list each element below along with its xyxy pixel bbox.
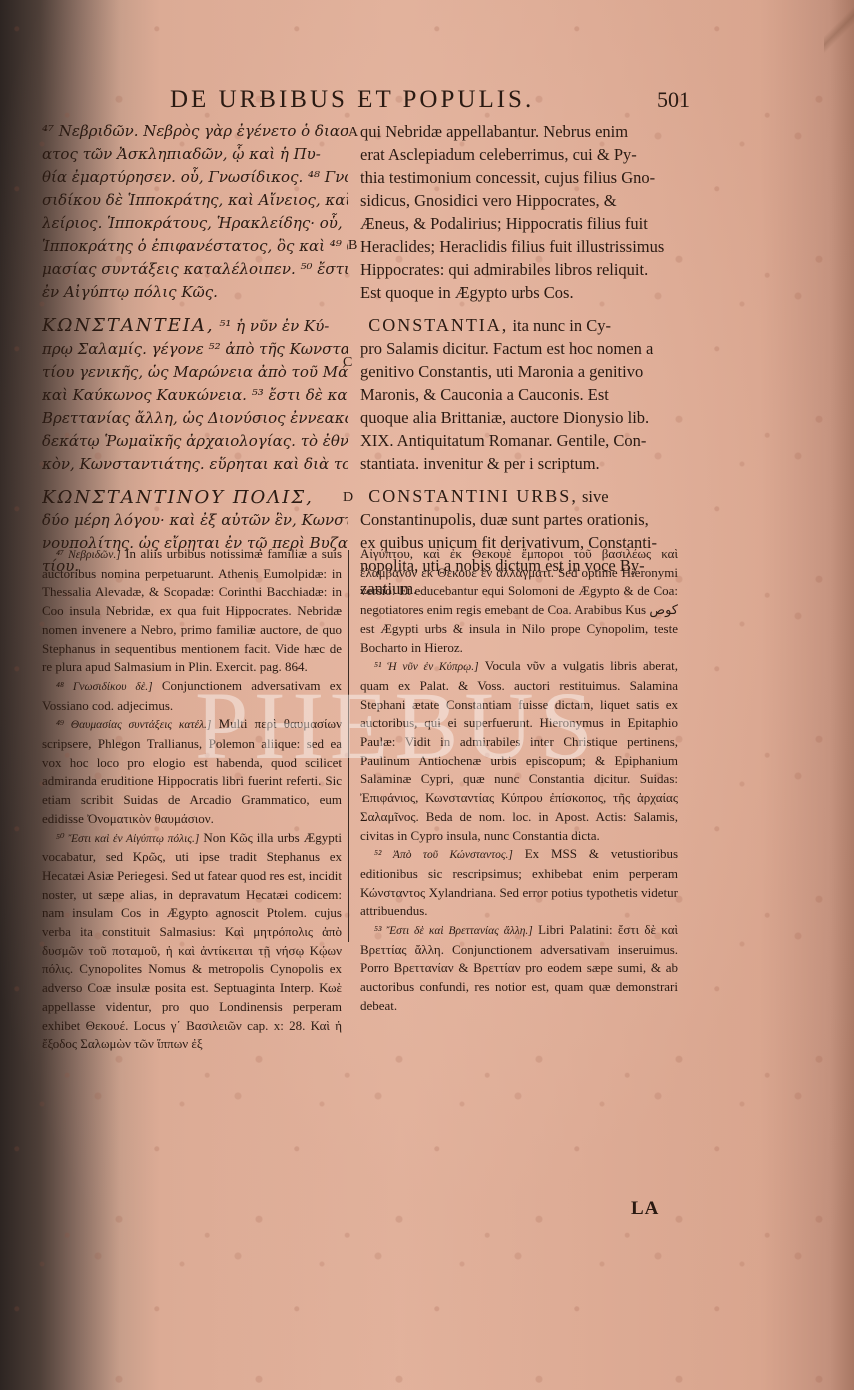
text-line: XIX. Antiquitatum Romanar. Gentile, Con-: [360, 429, 678, 452]
entry-headword: ΚΩΝΣΤΑΝΤΙΝΟΥ ΠΟΛΙΣ,: [42, 486, 348, 509]
greek-entry-kos: ⁴⁷ Νεβριδῶν. Νεβρὸς γὰρ ἐγένετο ὁ διασημ…: [42, 120, 348, 304]
footnote-50: ⁵⁰ Ἔστι καὶ ἐν Αἰγύπτῳ πόλις.] Non Κῶς i…: [42, 829, 342, 1054]
margin-letter-a: A: [348, 125, 358, 141]
running-title: DE URBIBUS ET POPULIS.: [170, 86, 534, 114]
text-line: Est quoque in Ægypto urbs Cos.: [360, 281, 678, 304]
text-line: pro Salamis dicitur. Factum est hoc nome…: [360, 337, 678, 360]
text-line: quoque alia Brittaniæ, auctore Dionysio …: [360, 406, 678, 429]
text-line: Βρεττανίας ἄλλη, ὡς Διονύσιος ἐννεακαι-: [42, 407, 348, 430]
footnote-53: ⁵³ Ἔστι δὲ καὶ Βρεττανίας ἄλλη.] Libri P…: [360, 921, 678, 1016]
corner-fold: [824, 0, 854, 60]
text-line: πρῳ Σαλαμίς. γέγονε ⁵² ἀπὸ τῆς Κωνσταν-: [42, 338, 348, 361]
greek-entry-konstanteia: ΚΩΝΣΤΑΝΤΕΙΑ, ⁵¹ ἡ νῦν ἐν Κύ- πρῳ Σαλαμίς…: [42, 314, 348, 476]
text-line: Heraclides; Heraclidis filius fuit illus…: [360, 235, 678, 258]
footnote-47: ⁴⁷ Νεβριδῶν.] In aliis urbibus notissimæ…: [42, 545, 342, 677]
text-line: κὸν, Κωνσταντιάτης. εὕρηται καὶ διὰ τοῦ …: [42, 453, 348, 476]
text-line: δύο μέρη λόγου· καὶ ἐξ αὐτῶν ἓν, Κωνσταν…: [42, 509, 348, 532]
text-line: sive: [582, 487, 609, 506]
text-line: erat Asclepiadum celeberrimus, cui & Py-: [360, 143, 678, 166]
book-page: DE URBIBUS ET POPULIS. 501 A B C D ⁴⁷ Νε…: [0, 0, 854, 1390]
text-line: τίου γενικῆς, ὡς Μαρώνεια ἀπὸ τοῦ Μάρωνο…: [42, 361, 348, 384]
text-line: qui Nebridæ appellabantur. Nebrus enim: [360, 120, 678, 143]
page-header: DE URBIBUS ET POPULIS. 501: [170, 86, 690, 114]
text-line: genitivo Constantis, uti Maronia a genit…: [360, 360, 678, 383]
footnotes-left: ⁴⁷ Νεβριδῶν.] In aliis urbibus notissimæ…: [42, 545, 342, 1054]
text-line: μασίας συντάξεις καταλέλοιπεν. ⁵⁰ ἔστι κ…: [42, 258, 348, 281]
text-line: δεκάτῳ Ῥωμαϊκῆς ἀρχαιολογίας. τὸ ἐθνι-: [42, 430, 348, 453]
text-line: Hippocrates: qui admirabiles libros reli…: [360, 258, 678, 281]
text-line: λείριος. Ἱπποκράτους, Ἡρακλείδης· οὗ,: [42, 212, 348, 235]
footnote-50-continued: Αἰγύπτου, καὶ ἐκ Θεκουὲ ἔμποροι τοῦ βασι…: [360, 545, 678, 657]
text-line: Ἱπποκράτης ὁ ἐπιφανέστατος, ὃς καὶ ⁴⁹ θα…: [42, 235, 348, 258]
text-line: Maronis, & Cauconia a Cauconis. Est: [360, 383, 678, 406]
entry-headword: CONSTANTINI URBS,: [368, 486, 578, 506]
text-line: Æneus, & Podalirius; Hippocratis filius …: [360, 212, 678, 235]
text-line: ⁵¹ ἡ νῦν ἐν Κύ-: [219, 317, 329, 335]
greek-text-column: ⁴⁷ Νεβριδῶν. Νεβρὸς γὰρ ἐγένετο ὁ διασημ…: [42, 120, 348, 588]
footnote-52: ⁵² Ἀπὸ τοῦ Κώνσταντος.] Ex MSS & vetusti…: [360, 845, 678, 921]
text-line: θία ἐμαρτύρησεν. οὗ, Γνωσίδικος. ⁴⁸ Γνω-: [42, 166, 348, 189]
footnote-column-divider: [348, 550, 349, 942]
latin-entry-cos: qui Nebridæ appellabantur. Nebrus enim e…: [360, 120, 678, 304]
latin-entry-constantia: CONSTANTIA, ita nunc in Cy- pro Salamis …: [360, 314, 678, 475]
text-line: sidicus, Gnosidici vero Hippocrates, &: [360, 189, 678, 212]
text-line: ⁴⁷ Νεβριδῶν. Νεβρὸς γὰρ ἐγένετο ὁ διασημ…: [42, 120, 348, 143]
entry-headword: ΚΩΝΣΤΑΝΤΕΙΑ,: [42, 315, 215, 336]
text-line: ita nunc in Cy-: [512, 316, 611, 335]
text-line: stantiata. invenitur & per i scriptum.: [360, 452, 678, 475]
text-line: thia testimonium concessit, cujus filius…: [360, 166, 678, 189]
text-line: ἐν Αἰγύπτῳ πόλις Κῶς.: [42, 281, 348, 304]
margin-letter-b: B: [348, 238, 357, 254]
catchword: LA: [631, 1198, 659, 1220]
footnotes-right: Αἰγύπτου, καὶ ἐκ Θεκουὲ ἔμποροι τοῦ βασι…: [360, 545, 678, 1016]
text-line: Constantinupolis, duæ sunt partes oratio…: [360, 508, 678, 531]
latin-text-column: qui Nebridæ appellabantur. Nebrus enim e…: [360, 120, 678, 610]
text-line: καὶ Καύκωνος Καυκώνεια. ⁵³ ἔστι δὲ καὶ: [42, 384, 348, 407]
footnote-49: ⁴⁹ Θαυμασίας συντάξεις κατέλ.] Multi περ…: [42, 715, 342, 828]
entry-headword: CONSTANTIA,: [368, 315, 508, 335]
text-line: σιδίκου δὲ Ἱπποκράτης, καὶ Αἴνειος, καὶ …: [42, 189, 348, 212]
page-number: 501: [657, 87, 690, 113]
footnote-51: ⁵¹ Ἡ νῦν ἐν Κύπρῳ.] Vocula νῦν a vulgati…: [360, 657, 678, 845]
footnote-48: ⁴⁸ Γνωσιδίκου δὲ.] Conjunctionem adversa…: [42, 677, 342, 715]
text-line: ατος τῶν Ἀσκληπιαδῶν, ᾧ καὶ ἡ Πυ-: [42, 143, 348, 166]
